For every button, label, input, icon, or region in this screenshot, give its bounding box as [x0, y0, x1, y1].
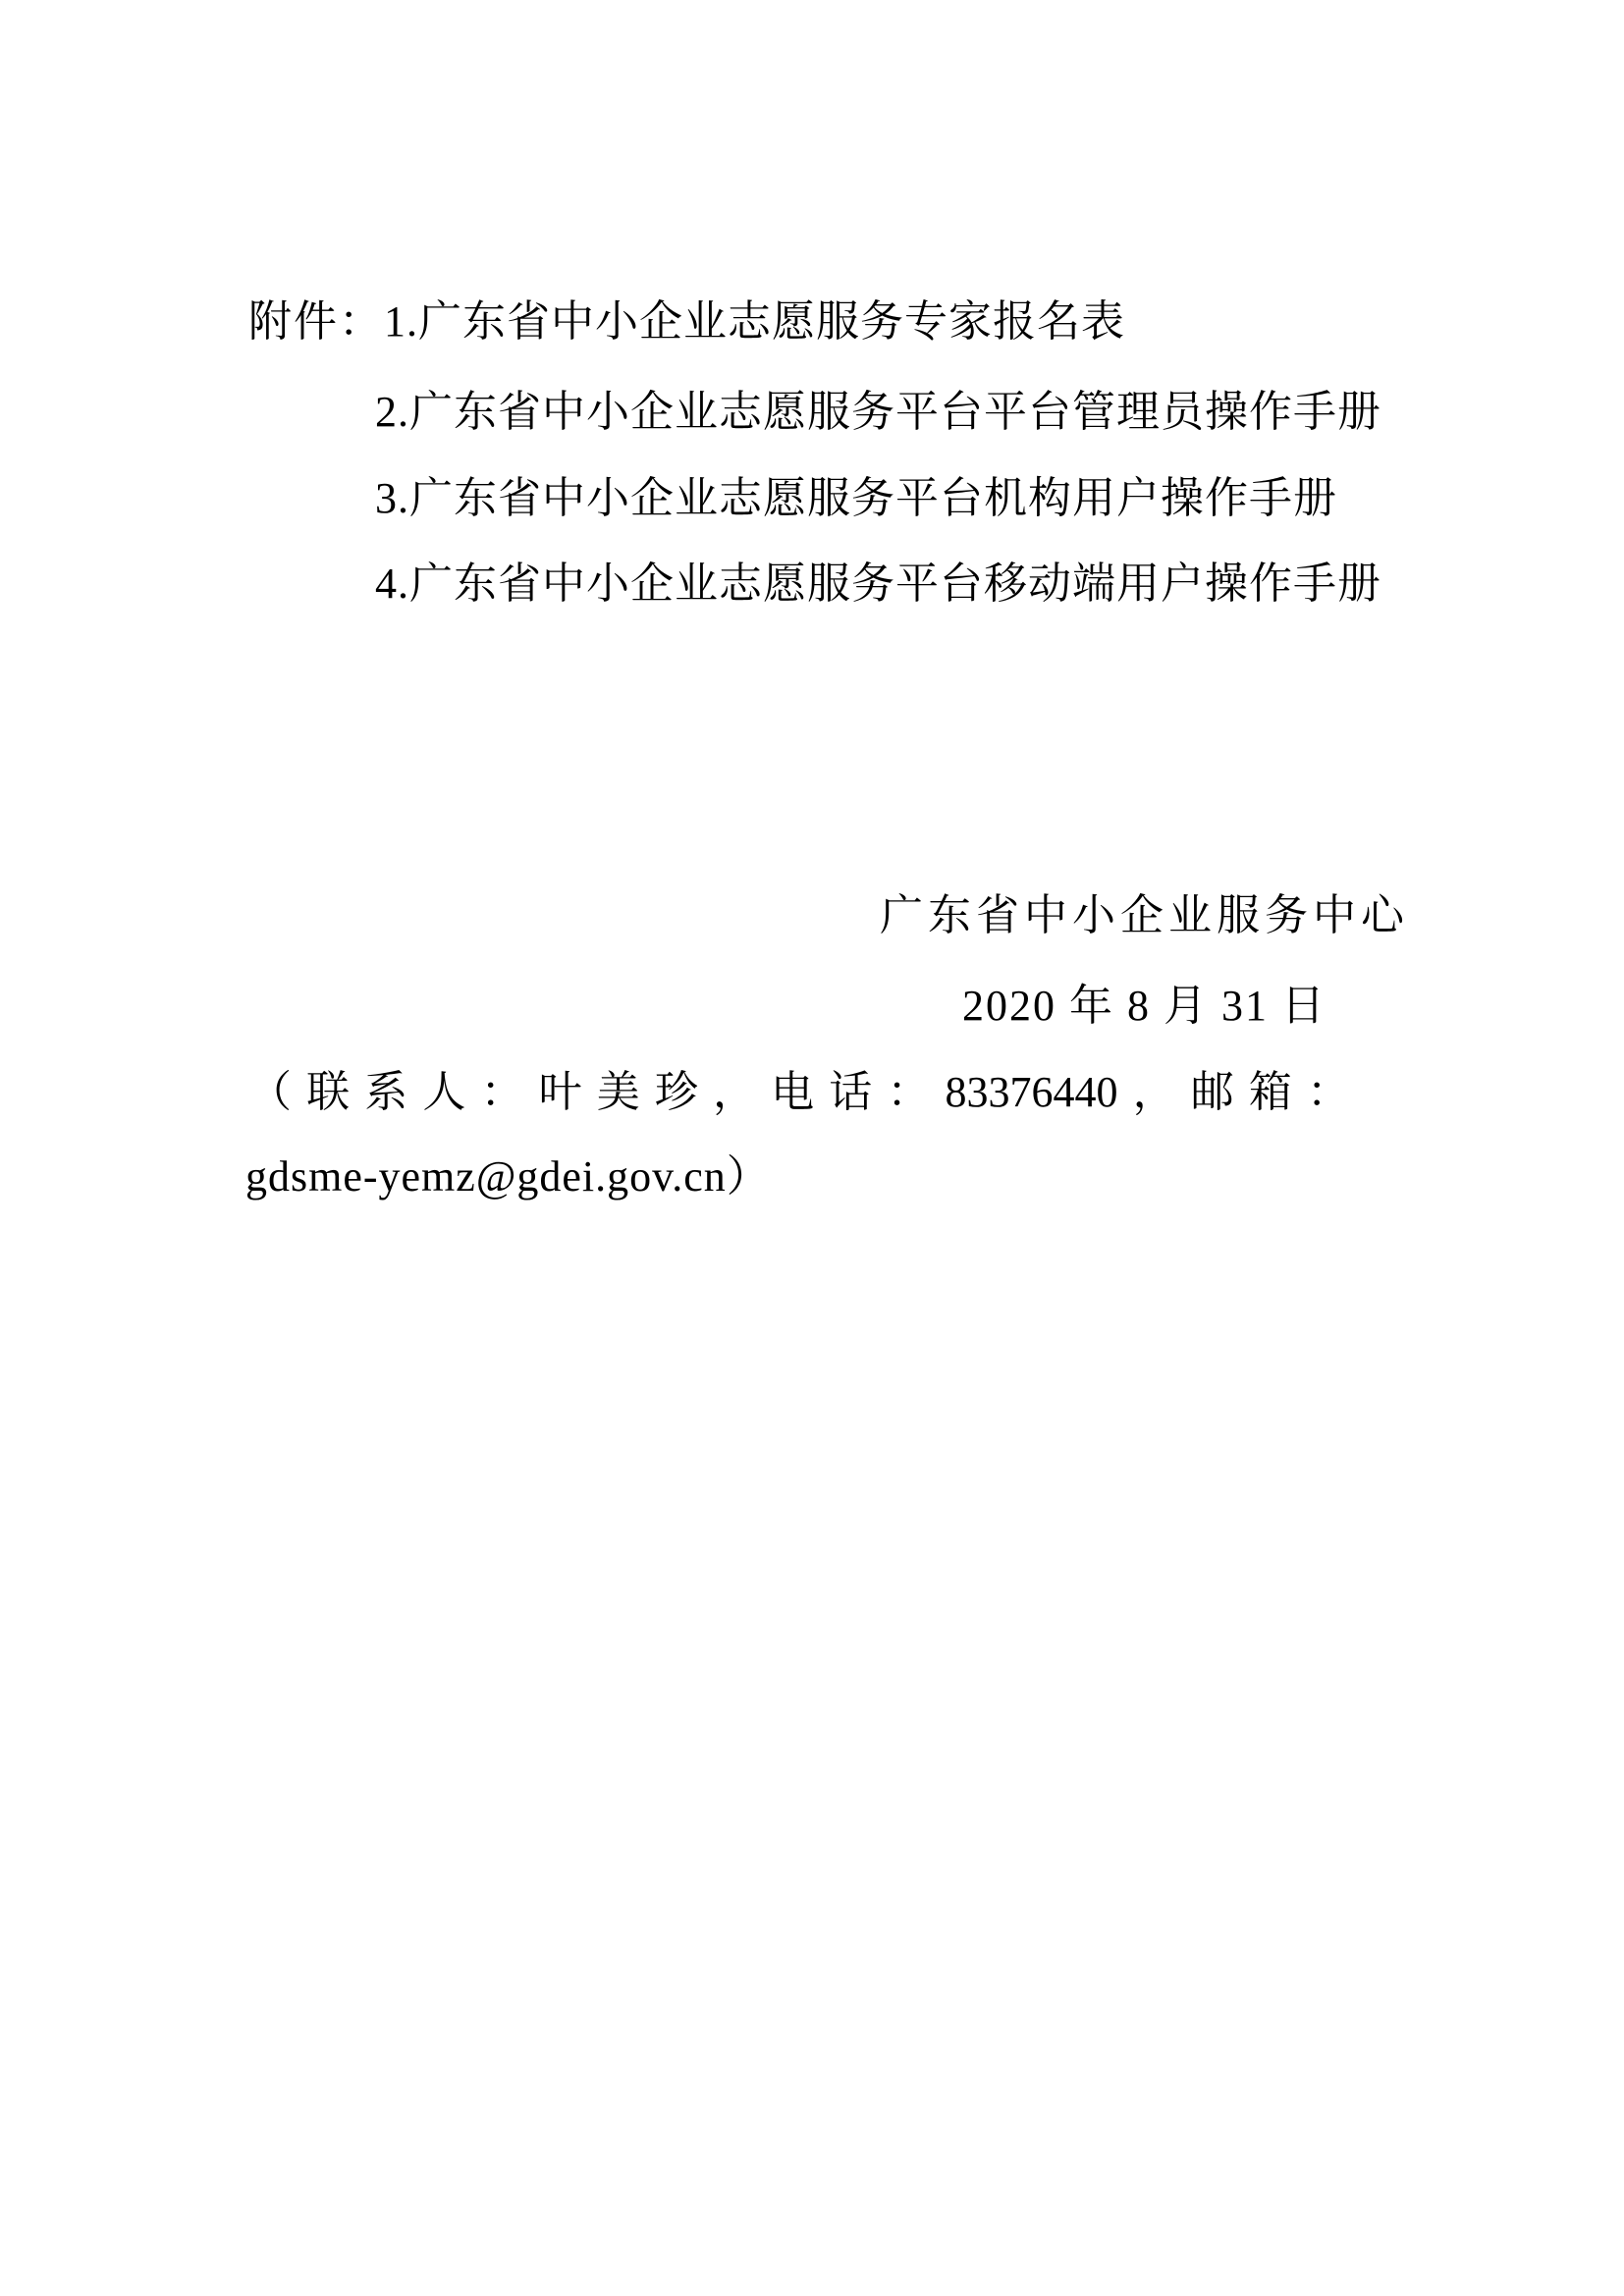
signature-organization: 广东省中小企业服务中心	[880, 891, 1409, 941]
attachment-item-number: 3.	[375, 474, 409, 522]
attachment-line-4: 4.广东省中小企业志愿服务平台移动端用户操作手册	[375, 560, 1381, 610]
attachment-line-3: 3.广东省中小企业志愿服务平台机构用户操作手册	[375, 474, 1337, 524]
attachment-item-title: 广东省中小企业志愿服务平台平台管理员操作手册	[409, 388, 1381, 436]
contact-suffix: ，邮箱：	[1118, 1068, 1351, 1116]
document-page: 附件：1.广东省中小企业志愿服务专家报名表 2.广东省中小企业志愿服务平台平台管…	[0, 0, 1624, 2296]
contact-prefix: （联系人：叶美珍，电话：	[248, 1068, 946, 1116]
attachment-line-2: 2.广东省中小企业志愿服务平台平台管理员操作手册	[375, 388, 1381, 438]
attachment-item-title: 广东省中小企业志愿服务专家报名表	[418, 297, 1125, 346]
attachment-line-1: 附件：1.广东省中小企业志愿服务专家报名表	[248, 297, 1125, 347]
attachment-item-title: 广东省中小企业志愿服务平台移动端用户操作手册	[409, 560, 1381, 608]
contact-email: gdsme-yemz@gdei.gov.cn）	[245, 1152, 771, 1202]
contact-phone: 83376440	[946, 1068, 1118, 1116]
attachment-item-title: 广东省中小企业志愿服务平台机构用户操作手册	[409, 474, 1337, 522]
attachment-item-number: 4.	[375, 560, 409, 608]
attachment-item-number: 1.	[384, 297, 418, 346]
attachment-list-label: 附件：	[248, 297, 384, 346]
contact-line: （联系人：叶美珍，电话：83376440，邮箱：	[248, 1068, 1350, 1118]
attachment-item-number: 2.	[375, 388, 409, 436]
signature-date: 2020 年 8 月 31 日	[962, 982, 1326, 1032]
